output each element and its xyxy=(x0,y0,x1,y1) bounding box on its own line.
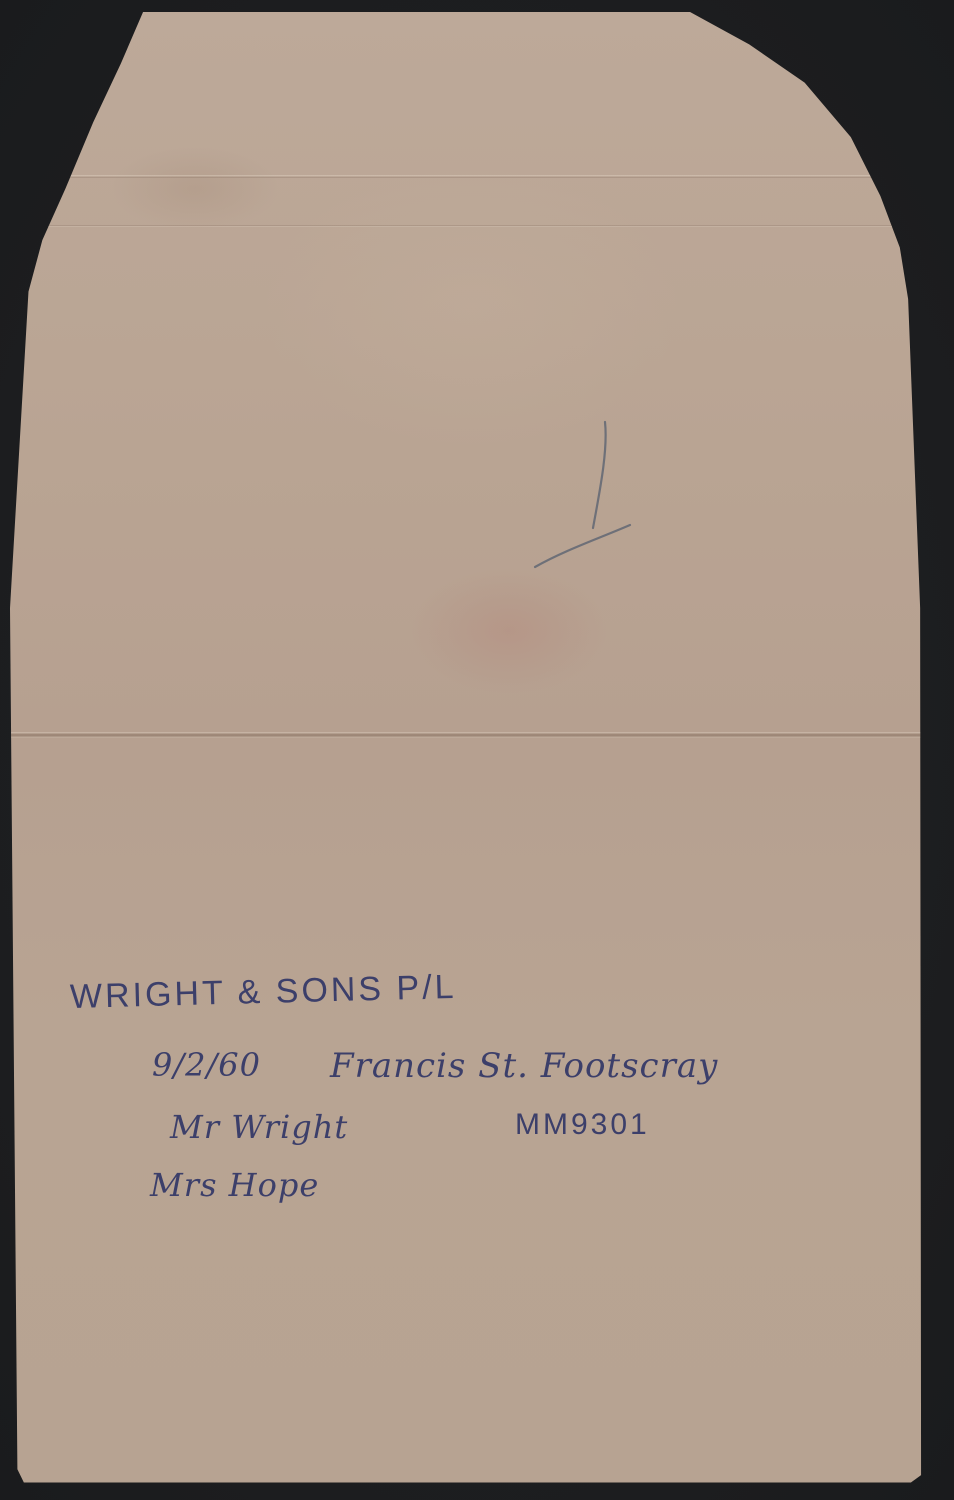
center-fold-line xyxy=(10,732,934,738)
flap-crease xyxy=(10,225,934,227)
scan-background: WRIGHT & SONS P/L 9/2/60 Francis St. Foo… xyxy=(0,0,954,1500)
flap-fold-line xyxy=(10,175,934,178)
note-contact-primary: Mr Wright xyxy=(170,1108,348,1146)
envelope xyxy=(10,12,934,1484)
note-address: Francis St. Footscray xyxy=(330,1046,718,1086)
note-date: 9/2/60 xyxy=(152,1046,261,1084)
pencil-mark-numeral xyxy=(520,410,640,580)
note-contact-secondary: Mrs Hope xyxy=(150,1166,319,1204)
note-phone-number: MM9301 xyxy=(515,1108,650,1142)
